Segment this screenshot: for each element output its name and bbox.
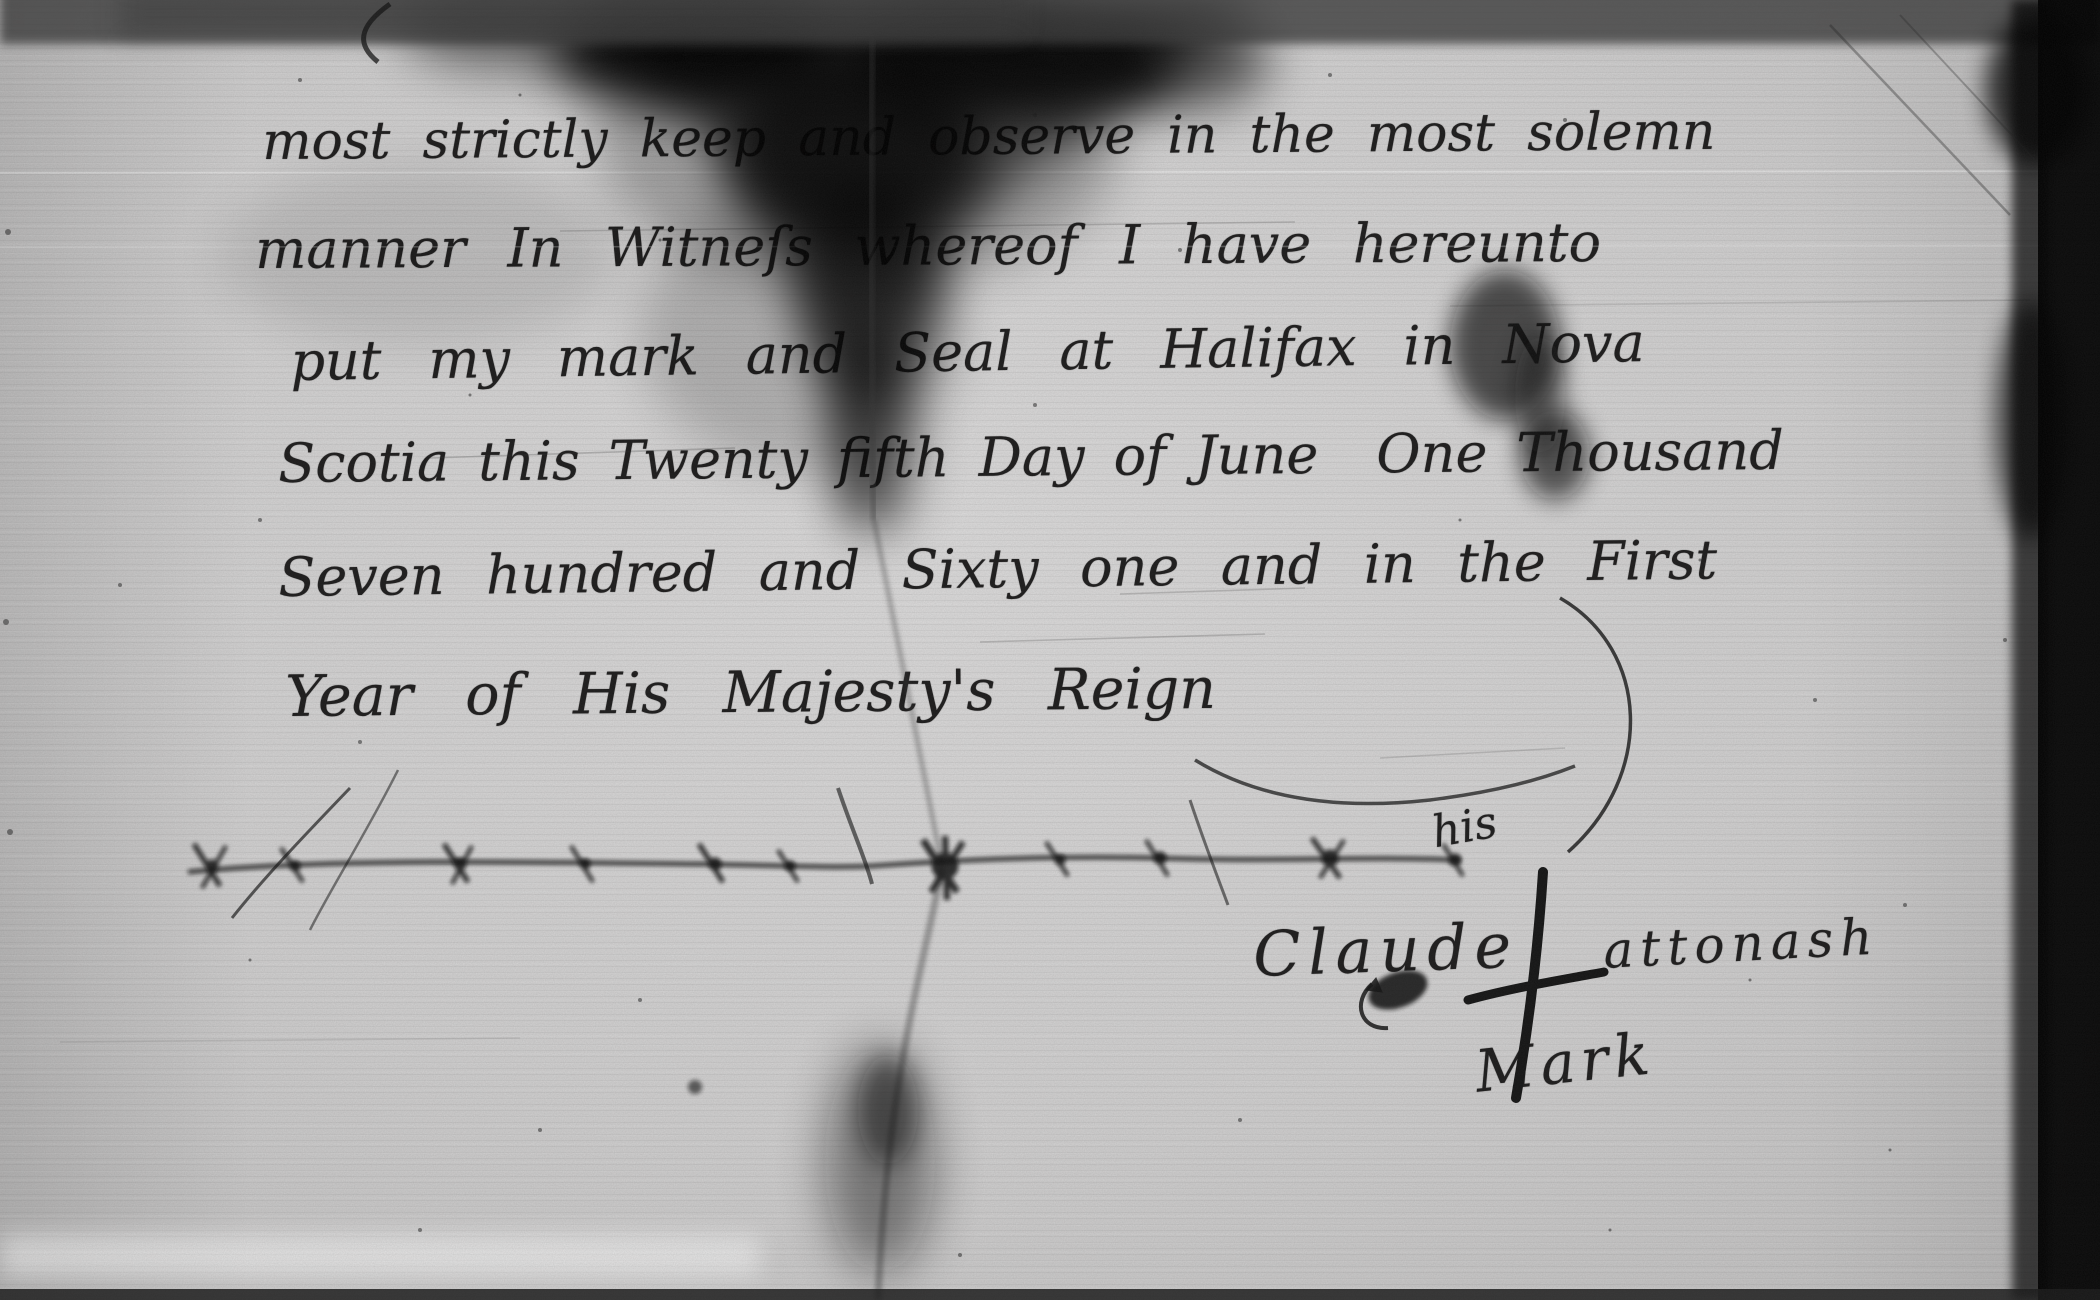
manuscript-text-line: most strictly keep and observe in the mo… xyxy=(262,102,1716,172)
manuscript-page: most strictly keep and observe in the mo… xyxy=(0,0,2100,1300)
handwritten-text-layer: most strictly keep and observe in the mo… xyxy=(0,0,2100,1300)
signature-name-claude: Claude xyxy=(1252,909,1520,991)
signature-mark-label: Mark xyxy=(1472,1019,1658,1105)
manuscript-text-line: Year of His Majesty's Reign xyxy=(285,656,1216,730)
manuscript-text-line: manner In Witneſs whereof I have hereunt… xyxy=(255,211,1601,281)
signature-his-label: his xyxy=(1428,797,1501,859)
manuscript-text-line: Seven hundred and Sixty one and in the F… xyxy=(278,528,1718,609)
signature-surname-attonash: attonash xyxy=(1602,908,1881,980)
manuscript-text-line: put my mark and Seal at Halifax in Nova xyxy=(290,311,1645,393)
manuscript-text-line: Scotia this Twenty fifth Day of June One… xyxy=(278,419,1784,495)
